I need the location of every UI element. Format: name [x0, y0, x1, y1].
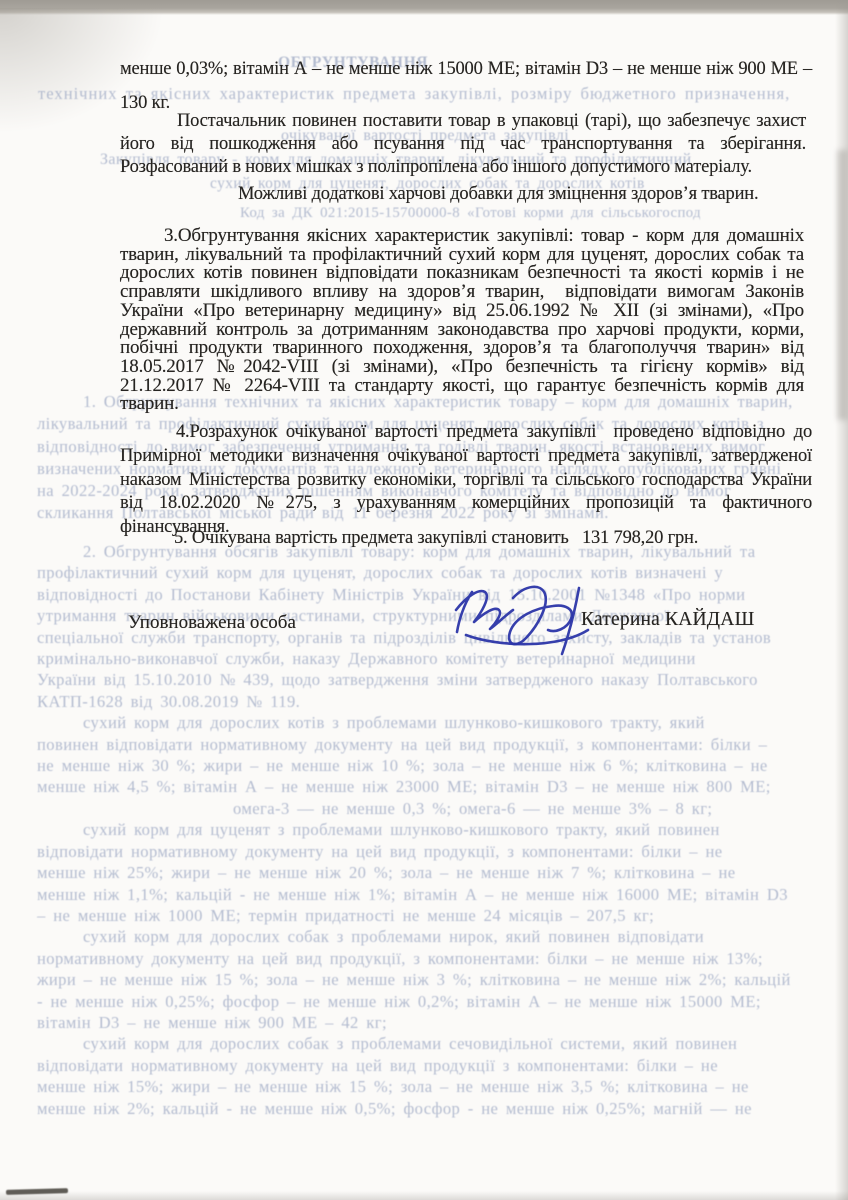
- scan-edge-bottom: [0, 1191, 848, 1200]
- showthrough-line: менше ніж 1,1%; кальцій - не менше ніж 1…: [37, 884, 817, 905]
- paragraph: Постачальник повинен поставити товар в у…: [120, 110, 806, 180]
- showthrough-line: кримінально-виконавчої служби, наказу Де…: [37, 648, 817, 669]
- showthrough-line: відповідати нормативному документу на це…: [37, 1055, 817, 1076]
- paragraph: 3.Обгрунтування якісних характеристик за…: [120, 227, 804, 414]
- showthrough-line: сухий корм для цуценят з проблемами шлун…: [37, 819, 817, 840]
- showthrough-line: - не менше ніж 0,25%; фосфор – не менше …: [37, 991, 817, 1012]
- showthrough-line: – не менше ніж 1000 МЕ; термін придатнос…: [37, 905, 817, 926]
- showthrough-line: жири – не менше ніж 15 %; зола – не менш…: [37, 969, 817, 990]
- showthrough-line: вітамін D3 – не менше ніж 900 МЕ – 42 кг…: [37, 1012, 817, 1033]
- showthrough-line: менше ніж 25%; жири – не менше ніж 20 %;…: [37, 862, 817, 883]
- showthrough-line: повинен відповідати нормативному докумен…: [37, 734, 817, 755]
- paragraph: Можливі додаткові харчові добавки для зм…: [120, 183, 806, 206]
- showthrough-line: відповідності до Постанови Кабінету Міні…: [37, 584, 817, 605]
- showthrough-line: сухий корм для дорослих собак з проблема…: [37, 926, 817, 947]
- showthrough-line: профілактичний сухий корм для цуценят, д…: [37, 562, 817, 583]
- showthrough-line: сухий корм для дорослих собак з проблема…: [37, 1033, 817, 1054]
- paragraph: 5. Очікувана вартість предмета закупівлі…: [120, 527, 812, 550]
- showthrough-line: КАТП-1628 від 30.08.2019 № 119.: [37, 691, 817, 712]
- signatory-name: Катерина КАЙДАШ: [581, 609, 754, 631]
- showthrough-line: омега-3 — не менше 0,3 %; омега-6 — не м…: [37, 798, 817, 819]
- showthrough-line: України від 15.10.2010 № 439, щодо затве…: [37, 669, 817, 690]
- paragraph: 4.Розрахунок очікуваної вартості предмет…: [120, 421, 812, 540]
- showthrough-line: відповідати нормативному документу на це…: [37, 841, 817, 862]
- showthrough-line: менше ніж 15%; жири – не менше ніж 15 %;…: [37, 1076, 817, 1097]
- showthrough-line: сухий корм для дорослих котів з проблема…: [37, 712, 817, 733]
- showthrough-line: Код за ДК 021:2015-15700000-8 «Готові ко…: [240, 205, 700, 222]
- showthrough-line: менше ніж 2%; кальцій - не менше ніж 0,5…: [37, 1098, 817, 1119]
- authorized-person-label: Уповноважена особа: [128, 612, 296, 634]
- showthrough-line: не менше ніж 30 %; жири – не менше ніж 1…: [37, 755, 817, 776]
- showthrough-line: нормативному документу на цей вид продук…: [37, 948, 817, 969]
- scanned-document-page: ОБГРУНТУВАННЯтехнічних та якісних характ…: [0, 0, 848, 1200]
- scan-smudge-right: [837, 150, 848, 420]
- showthrough-line: менше ніж 4,5 %; вітамін А – не менше ні…: [37, 776, 817, 797]
